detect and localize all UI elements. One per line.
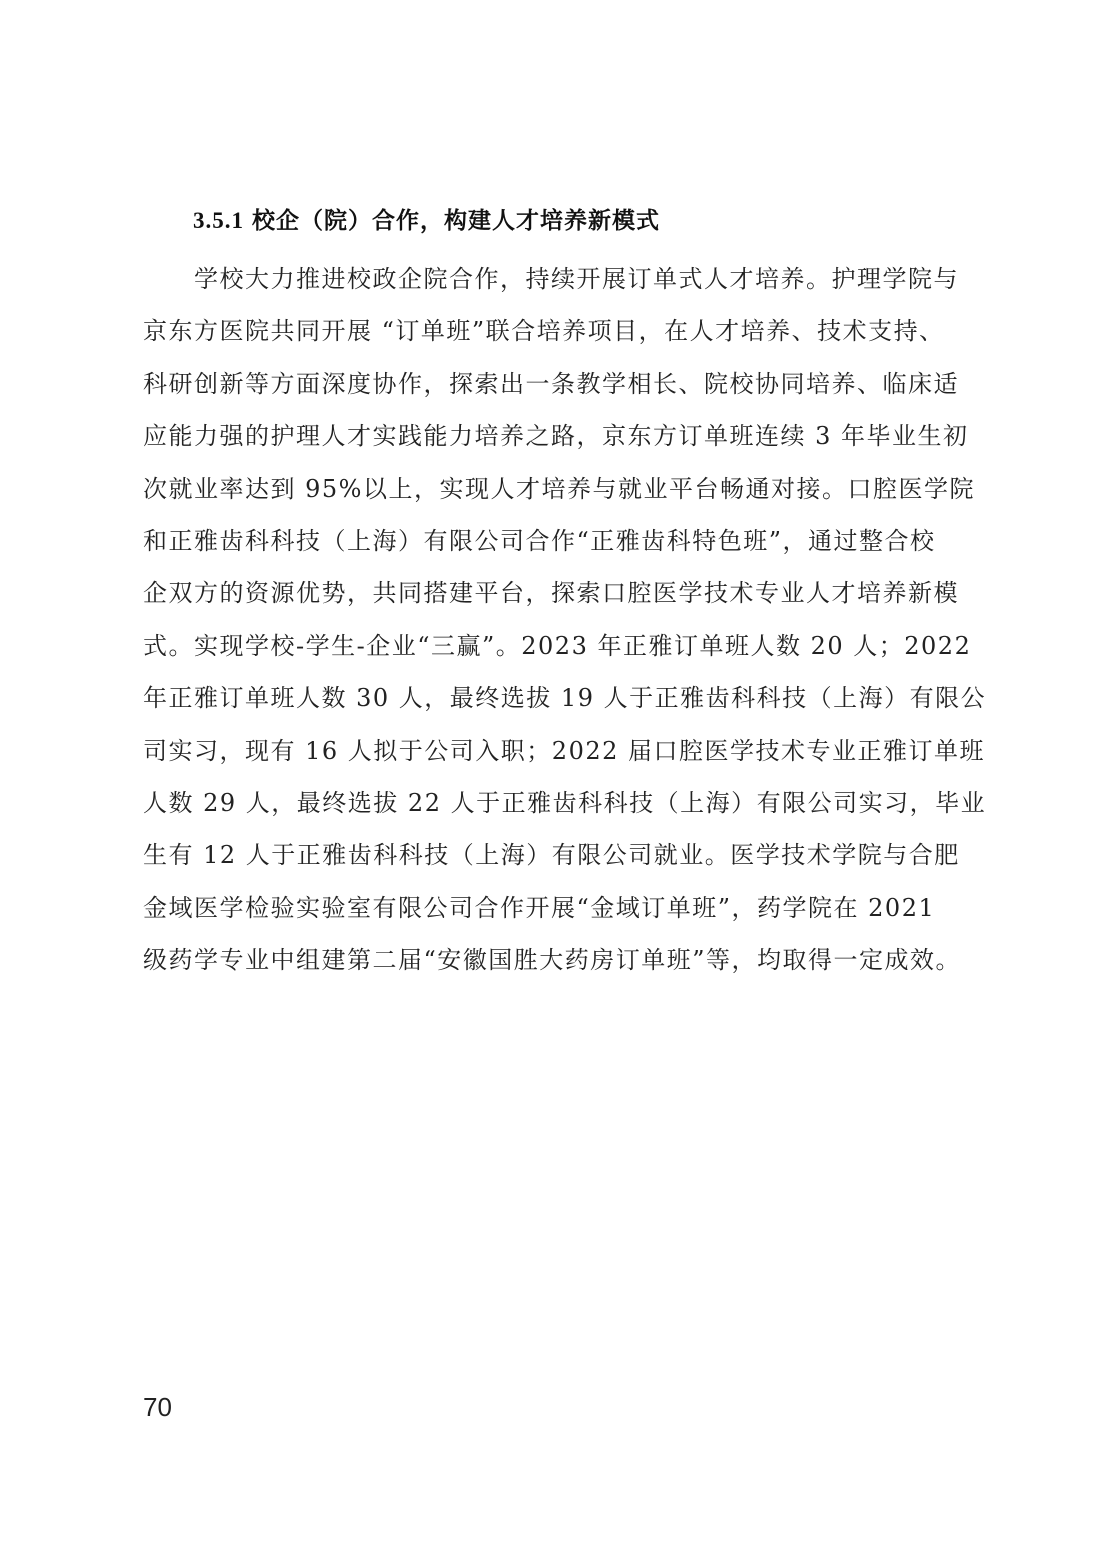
section-title: 校企（院）合作，构建人才培养新模式 [252, 207, 660, 234]
paragraph-line: 应能力强的护理人才实践能力培养之路，京东方订单班连续 3 年毕业生初 [143, 410, 963, 462]
body-paragraph: 学校大力推进校政企院合作，持续开展订单式人才培养。护理学院与 京东方医院共同开展… [143, 253, 963, 986]
paragraph-line: 金域医学检验实验室有限公司合作开展“金域订单班”，药学院在 2021 [143, 882, 963, 934]
section-number: 3.5.1 [193, 208, 244, 233]
paragraph-line: 和正雅齿科科技（上海）有限公司合作“正雅齿科特色班”，通过整合校 [143, 515, 963, 567]
paragraph-line: 生有 12 人于正雅齿科科技（上海）有限公司就业。医学技术学院与合肥 [143, 829, 963, 881]
paragraph-line: 科研创新等方面深度协作，探索出一条教学相长、院校协同培养、临床适 [143, 358, 963, 410]
paragraph-line: 企双方的资源优势，共同搭建平台，探索口腔医学技术专业人才培养新模 [143, 567, 963, 619]
paragraph-line: 次就业率达到 95%以上，实现人才培养与就业平台畅通对接。口腔医学院 [143, 463, 963, 515]
paragraph-line: 式。实现学校-学生-企业“三赢”。2023 年正雅订单班人数 20 人；2022 [143, 620, 963, 672]
paragraph-line: 京东方医院共同开展 “订单班”联合培养项目，在人才培养、技术支持、 [143, 305, 963, 357]
paragraph-line: 司实习，现有 16 人拟于公司入职；2022 届口腔医学技术专业正雅订单班 [143, 725, 963, 777]
paragraph-line: 人数 29 人，最终选拔 22 人于正雅齿科科技（上海）有限公司实习，毕业 [143, 777, 963, 829]
paragraph-line: 学校大力推进校政企院合作，持续开展订单式人才培养。护理学院与 [143, 253, 963, 305]
document-page: 3.5.1校企（院）合作，构建人才培养新模式 学校大力推进校政企院合作，持续开展… [0, 0, 1102, 1559]
paragraph-line: 级药学专业中组建第二届“安徽国胜大药房订单班”等，均取得一定成效。 [143, 934, 963, 986]
paragraph-line: 年正雅订单班人数 30 人，最终选拔 19 人于正雅齿科科技（上海）有限公 [143, 672, 963, 724]
section-heading: 3.5.1校企（院）合作，构建人才培养新模式 [193, 203, 660, 239]
page-number: 70 [143, 1392, 172, 1423]
